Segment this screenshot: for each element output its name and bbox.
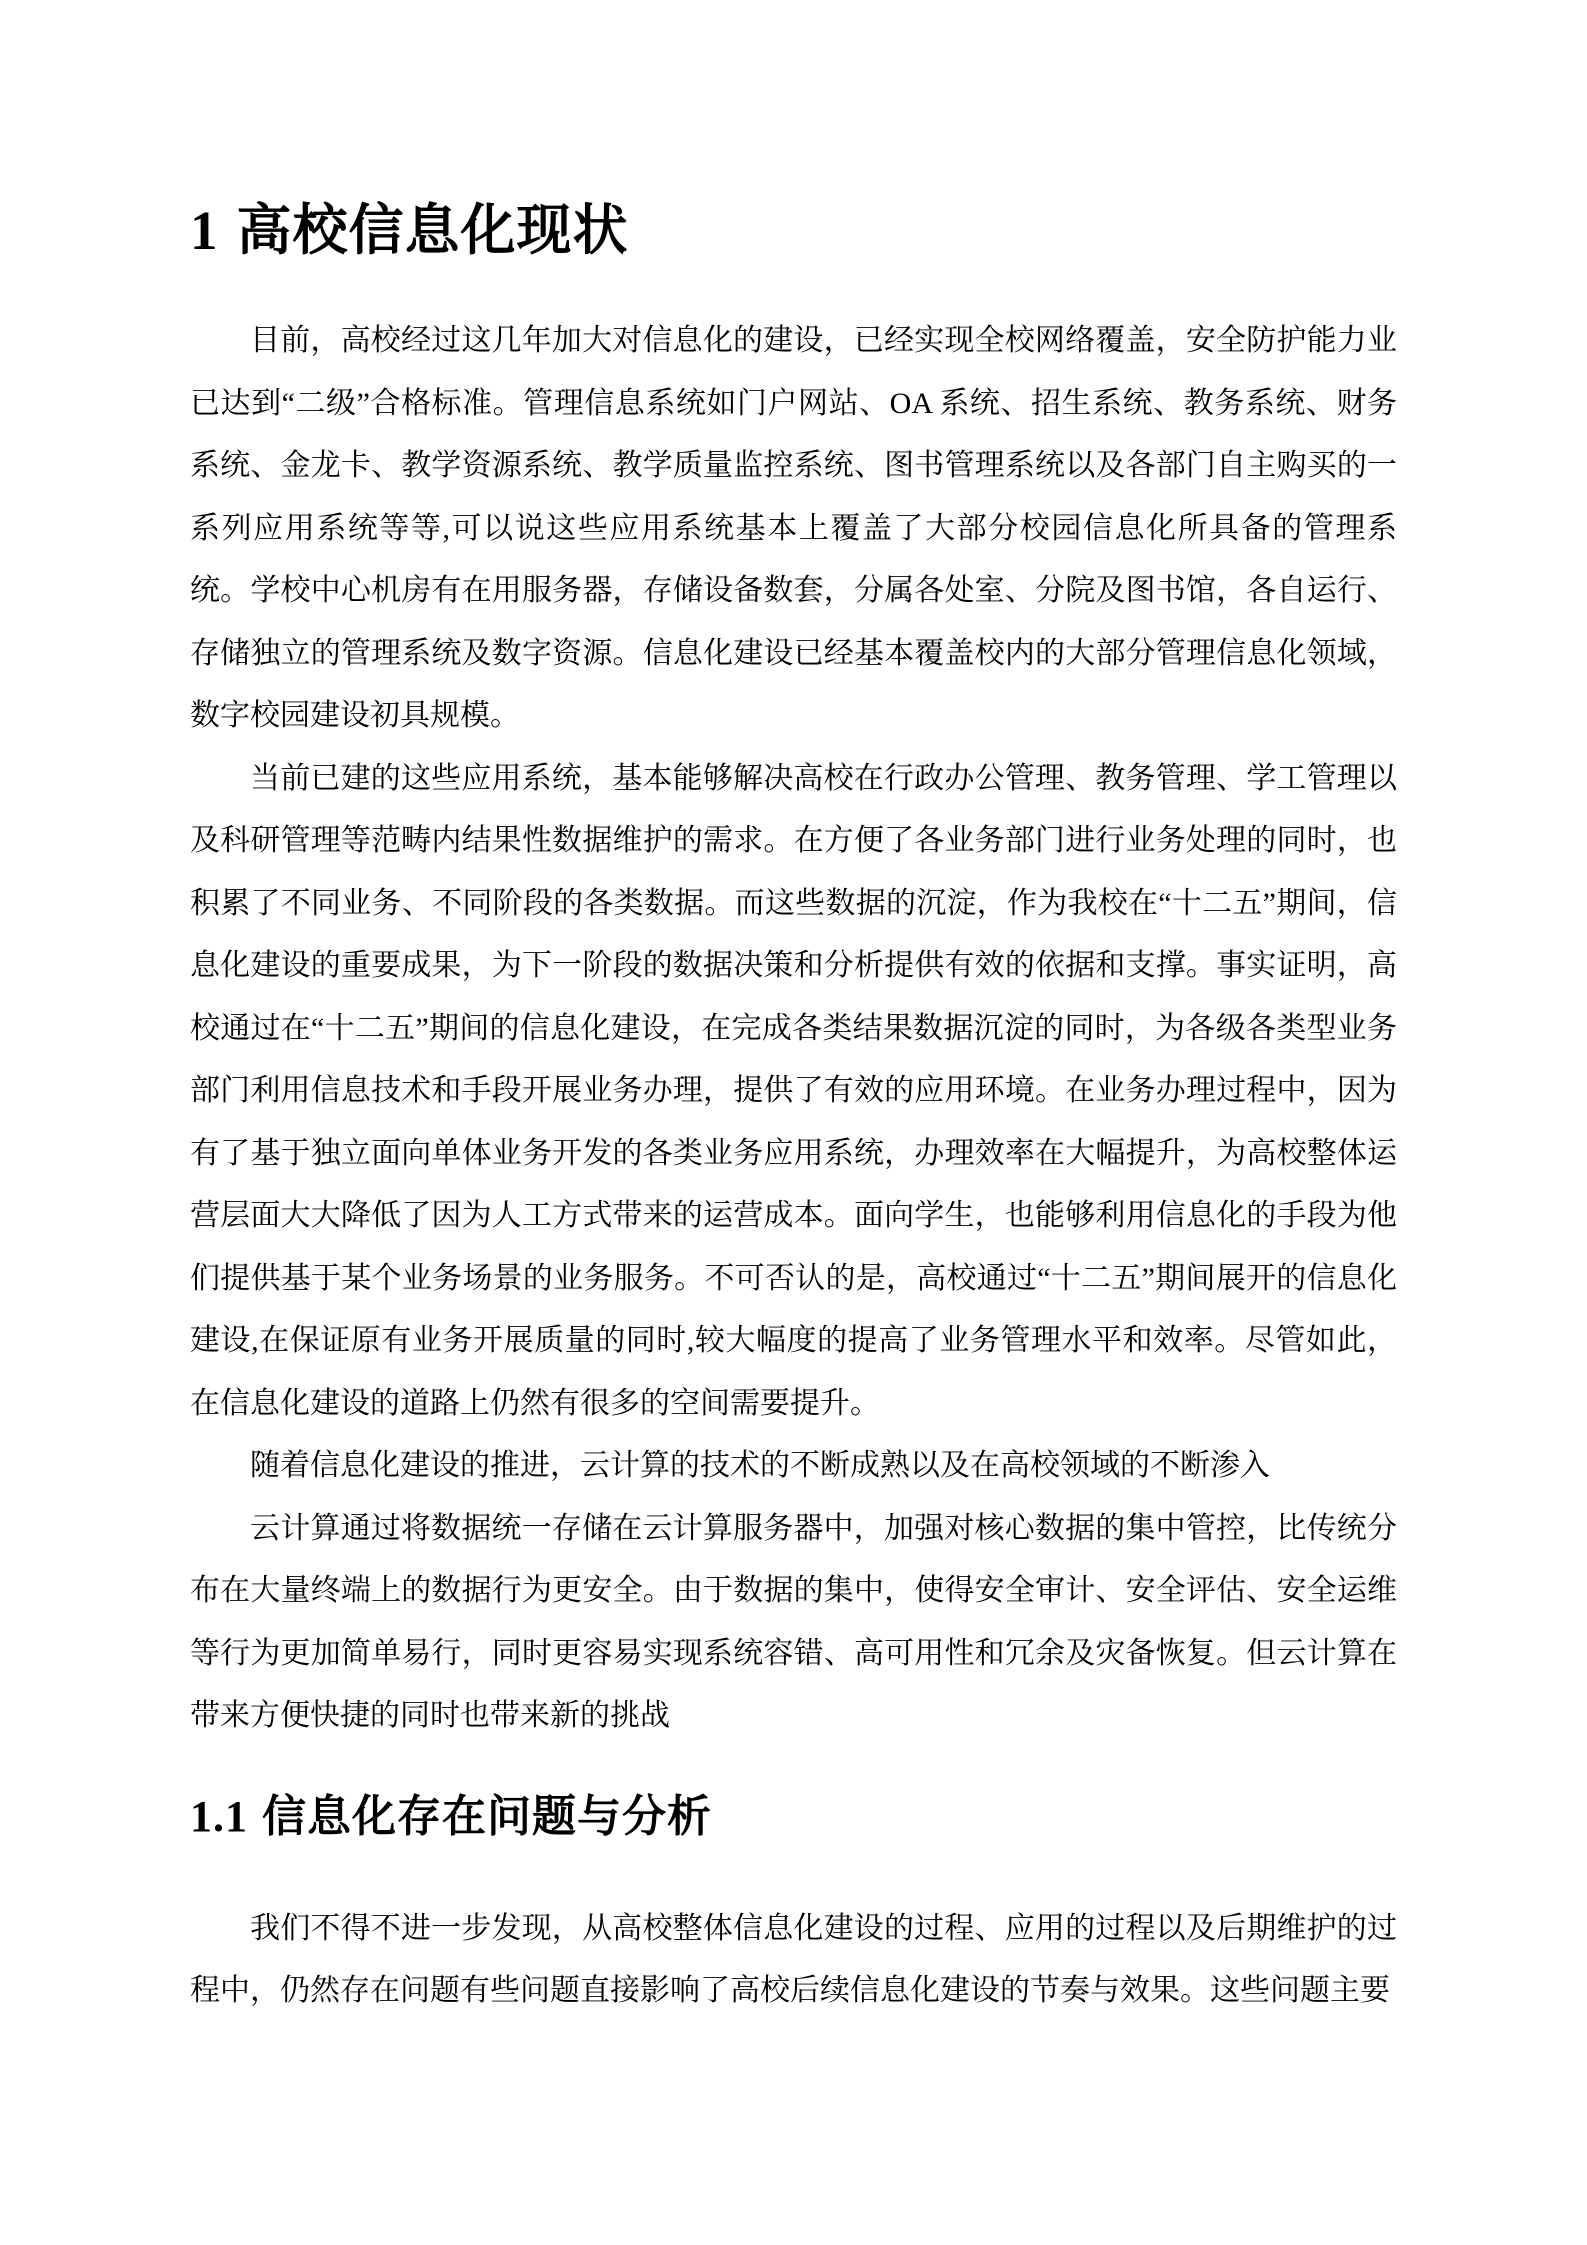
- section-1-1-paragraph-1: 我们不得不进一步发现，从高校整体信息化建设的过程、应用的过程以及后期维护的过程中…: [190, 1898, 1397, 2023]
- section-1-heading: 1高校信息化现状: [190, 0, 1397, 264]
- document-content: 1高校信息化现状 目前，高校经过这几年加大对信息化的建设，已经实现全校网络覆盖，…: [190, 0, 1397, 2023]
- section-1-1-heading: 1.1信息化存在问题与分析: [190, 1788, 1397, 1846]
- section-1-paragraph-2: 当前已建的这些应用系统，基本能够解决高校在行政办公管理、教务管理、学工管理以及科…: [190, 748, 1397, 1436]
- section-1-heading-title: 高校信息化现状: [237, 200, 629, 261]
- section-1-1-heading-number: 1.1: [190, 1792, 248, 1841]
- document-page: 1高校信息化现状 目前，高校经过这几年加大对信息化的建设，已经实现全校网络覆盖，…: [0, 0, 1587, 2245]
- section-1-heading-number: 1: [190, 200, 219, 261]
- section-1-1-heading-title: 信息化存在问题与分析: [262, 1792, 712, 1841]
- section-1-paragraph-4: 云计算通过将数据统一存储在云计算服务器中，加强对核心数据的集中管控，比传统分布在…: [190, 1498, 1397, 1748]
- section-1-paragraph-1: 目前，高校经过这几年加大对信息化的建设，已经实现全校网络覆盖，安全防护能力业已达…: [190, 310, 1397, 748]
- section-1-paragraph-3: 随着信息化建设的推进，云计算的技术的不断成熟以及在高校领域的不断渗入: [190, 1435, 1397, 1498]
